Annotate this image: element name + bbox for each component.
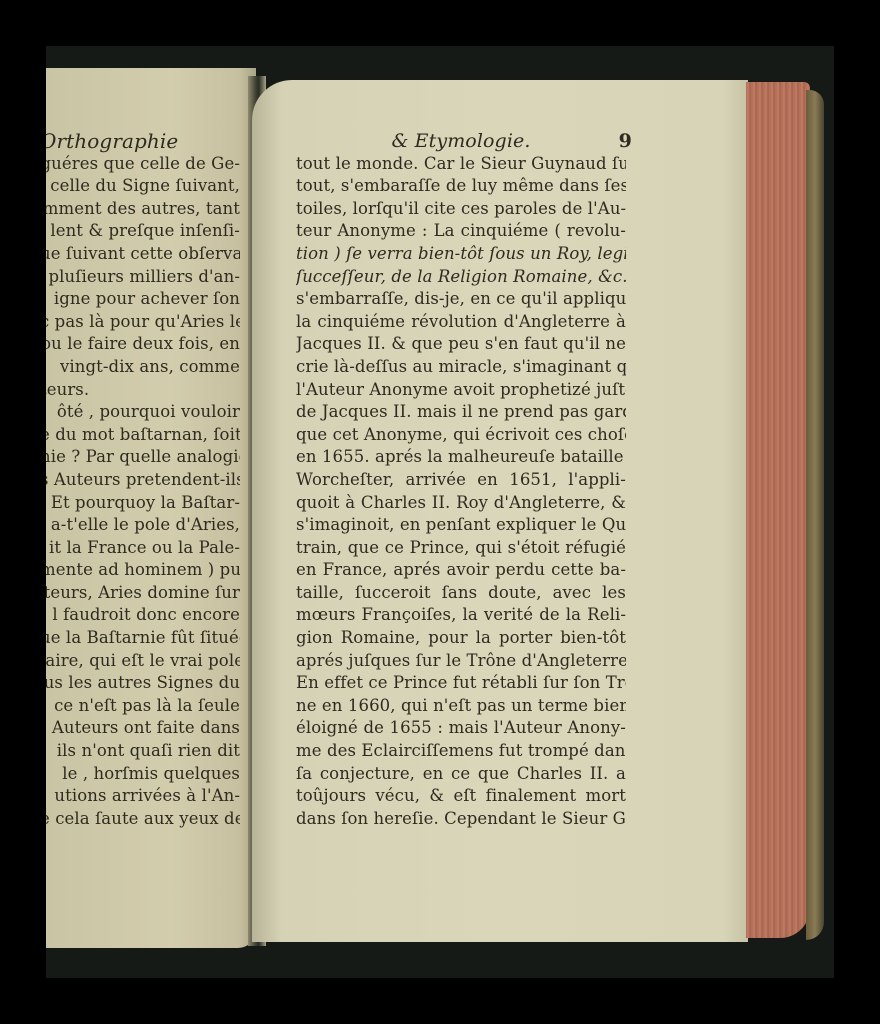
red-page-edges bbox=[746, 82, 810, 938]
text-line: e du mot baſtarnan, ſoit bbox=[46, 424, 240, 447]
text-line: le , horſmis quelques bbox=[46, 763, 240, 786]
text-line: ſa conjecture, en ce que Charles II. a bbox=[296, 763, 626, 786]
text-line: teur Anonyme : La cinquiéme ( revolu- bbox=[296, 220, 626, 243]
text-line: tion ) ſe verra bien-tôt ſous un Roy, le… bbox=[296, 243, 626, 266]
text-line: pluſieurs milliers d'an- bbox=[46, 266, 240, 289]
page-number: 9 bbox=[619, 130, 632, 153]
text-line: ne en 1660, qui n'eſt pas un terme bien bbox=[296, 695, 626, 718]
text-line: taille, ſucceroit ſans doute, avec les bbox=[296, 582, 626, 605]
text-line: en 1655. aprés la malheureuſe bataille d… bbox=[296, 446, 626, 469]
text-line: aprés juſques ſur le Trône d'Angleterre. bbox=[296, 650, 626, 673]
text-line: l faudroit donc encore bbox=[46, 604, 240, 627]
text-line: s'embarraſſe, dis-je, en ce qu'il appliq… bbox=[296, 288, 626, 311]
text-line: Et pourquoy la Baſtar- bbox=[46, 492, 240, 515]
text-line: me des Eclairciſſemens fut trompé dans bbox=[296, 740, 626, 763]
text-line: teurs, Aries domine ſur bbox=[46, 582, 240, 605]
text-line: vingt-dix ans, comme bbox=[46, 356, 240, 379]
text-line: de Jacques II. mais il ne prend pas gard… bbox=[296, 401, 626, 424]
right-page-text: & Etymologie. 9 tout le monde. Car le Si… bbox=[296, 130, 626, 830]
book-photograph: Orthographie guéres que celle de Ge- cel… bbox=[46, 46, 834, 978]
text-line: ue la Baſtarnie fût ſituée bbox=[46, 627, 240, 650]
text-line: Jacques II. & que peu s'en faut qu'il ne bbox=[296, 333, 626, 356]
text-line: ce n'eſt pas là la ſeule bbox=[46, 695, 240, 718]
text-line: s'imaginoit, en penſant expliquer le Qua… bbox=[296, 514, 626, 537]
text-line: En effet ce Prince fut rétabli ſur ſon T… bbox=[296, 672, 626, 695]
text-line: tout, s'embaraſſe de luy même dans ſes bbox=[296, 175, 626, 198]
text-line: Auteurs ont faite dans bbox=[46, 717, 240, 740]
text-line: toûjours vécu, & eſt finalement mort bbox=[296, 785, 626, 808]
text-line: ôté , pourquoi vouloir bbox=[46, 401, 240, 424]
text-line: Worcheſter, arrivée en 1651, l'appli- bbox=[296, 469, 626, 492]
text-line: s Auteurs pretendent-ils bbox=[46, 469, 240, 492]
text-line: mment des autres, tant bbox=[46, 198, 240, 221]
text-line: toiles, lorſqu'il cite ces paroles de l'… bbox=[296, 198, 626, 221]
text-line: ſucceſſeur, de la Religion Romaine, &c. … bbox=[296, 266, 626, 289]
text-line: c pas là pour qu'Aries le bbox=[46, 311, 240, 334]
running-head-title: & Etymologie. bbox=[392, 130, 531, 152]
text-line: quoit à Charles II. Roy d'Angleterre, & bbox=[296, 492, 626, 515]
text-line: guéres que celle de Ge- bbox=[46, 153, 240, 176]
text-line: utions arrivées à l'An- bbox=[46, 785, 240, 808]
text-line: teurs. bbox=[46, 379, 240, 402]
text-line: crie là-deſſus au miracle, s'imaginant q… bbox=[296, 356, 626, 379]
text-line: éloigné de 1655 : mais l'Auteur Anony- bbox=[296, 717, 626, 740]
book-cover-edge bbox=[806, 90, 824, 940]
left-running-head: Orthographie bbox=[46, 130, 240, 153]
text-line: la cinquiéme révolution d'Angleterre à bbox=[296, 311, 626, 334]
text-line: celle du Signe ſuivant, bbox=[46, 175, 240, 198]
text-line: dans ſon hereſie. Cependant le Sieur Guy… bbox=[296, 808, 626, 831]
text-line: e cela ſaute aux yeux de bbox=[46, 808, 240, 831]
text-line: nie ? Par quelle analogie bbox=[46, 446, 240, 469]
text-line: us les autres Signes du bbox=[46, 672, 240, 695]
text-line: it la France ou la Pale- bbox=[46, 537, 240, 560]
text-line: en France, aprés avoir perdu cette ba- bbox=[296, 559, 626, 582]
left-page-text: Orthographie guéres que celle de Ge- cel… bbox=[46, 130, 240, 830]
text-line: l'Auteur Anonyme avoit prophetizé juſte bbox=[296, 379, 626, 402]
text-line: ou le faire deux fois, en bbox=[46, 333, 240, 356]
text-line: igne pour achever ſon bbox=[46, 288, 240, 311]
text-line: mente ad hominem ) puiſ- bbox=[46, 559, 240, 582]
text-line: que cet Anonyme, qui écrivoit ces choſes bbox=[296, 424, 626, 447]
text-line: ils n'ont quaſi rien dit bbox=[46, 740, 240, 763]
text-line: gion Romaine, pour la porter bien-tôt bbox=[296, 627, 626, 650]
text-line: lent & preſque inſenſi- bbox=[46, 220, 240, 243]
text-line: tout le monde. Car le Sieur Guynaud ſur- bbox=[296, 153, 626, 176]
text-line: laire, qui eſt le vrai pole bbox=[46, 650, 240, 673]
text-line: train, que ce Prince, qui s'étoit réfugi… bbox=[296, 537, 626, 560]
text-line: a-t'elle le pole d'Aries, bbox=[46, 514, 240, 537]
right-running-head: & Etymologie. 9 bbox=[296, 130, 626, 153]
text-line: ue ſuivant cette obſerva- bbox=[46, 243, 240, 266]
text-line: mœurs Françoiſes, la verité de la Reli- bbox=[296, 604, 626, 627]
